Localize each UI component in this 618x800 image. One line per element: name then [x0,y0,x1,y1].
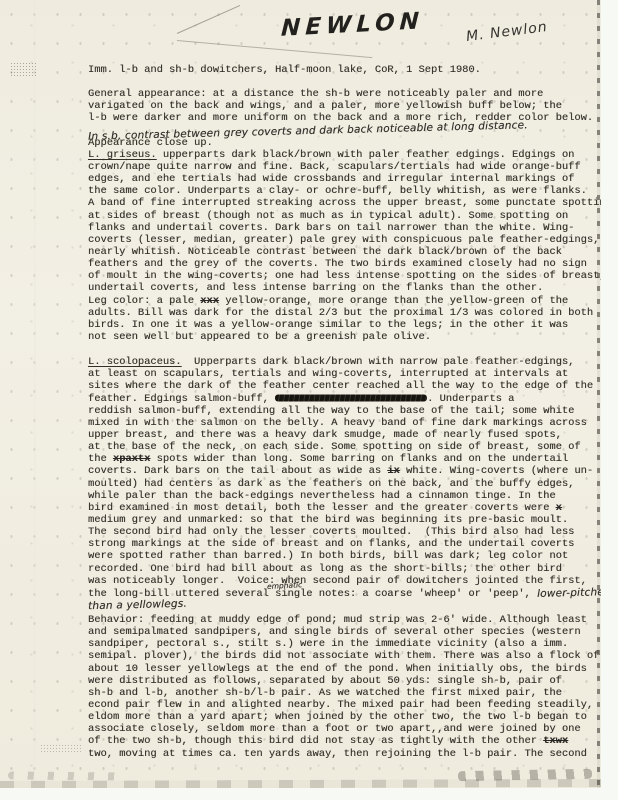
typed-strikeout: xxx [200,295,219,307]
typed-line: the xpaxtx spots wider than long. Some b… [88,453,601,465]
paragraph-behavior: Behavior: feeding at muddy edge of pond;… [88,614,601,760]
typed-line: not seen well but appeared to be a green… [88,331,601,343]
typed-line: while paler than the back-edgings nevert… [88,490,601,502]
typed-line: upper breast, and there was a heavy dark… [88,429,601,441]
handwritten-line: than a yellowlegs. [88,599,601,611]
scan-artifact [10,62,36,78]
typed-line: moulted) had centers as dark as the feat… [88,478,601,490]
typed-line: the long-bill uttered severalemphatic si… [88,587,601,599]
typed-line: undertail coverts, and less intense barr… [88,282,601,294]
paragraph-general-appearance: General appearance: at a distance the sh… [88,88,601,137]
pencil-crease [177,40,372,58]
typed-line: were distributed as follows, separated b… [88,675,601,687]
typed-line: L. griseus. upperparts dark black/brown … [88,149,601,161]
underlined-text: L. griseus. [88,149,157,161]
ink-blot-strikeout [275,394,427,401]
typed-line: at the base of the neck, on each side. S… [88,441,601,453]
handwritten-name-annotation: NEWLON [280,8,424,42]
paper-fold-line [34,0,36,788]
typed-line: eldom more than a yard apart; when joine… [88,711,601,723]
typed-line: strong markings at the side of breast an… [88,538,601,550]
typed-line: recorded. One bird had bill about as lon… [88,563,601,575]
typed-strikeout: x [556,502,562,514]
underlined-text: L. scolopaceus. [88,356,182,368]
typed-line: sites where the dark of the feather cent… [88,380,601,392]
typed-line: A band of fine interrupted streaking acr… [88,197,601,209]
document-title-line: Imm. l-b and sh-b dowitchers, Half-moon … [88,64,601,76]
scan-edge-right [597,0,600,788]
typed-line: semipal. plover), the birds did not asso… [88,650,601,662]
typed-line: about 10 lesser yellowlegs at the end of… [88,663,601,675]
typed-line: at sides of breast (though not as much a… [88,210,601,222]
typed-line: mixed in with the salmon on the belly. A… [88,417,601,429]
handwritten-note: than a yellowlegs. [88,598,187,613]
typed-line: birds. In one it was a yellow-orange sim… [88,319,601,331]
typewritten-text-block: Imm. l-b and sh-b dowitchers, Half-moon … [88,64,601,760]
scan-smudge [8,771,128,780]
pencil-crease [177,5,240,34]
typed-line: L. scolopaceus. Upperparts dark black/br… [88,356,601,368]
typed-line: reddish salmon-buff, extending all the w… [88,405,601,417]
paragraph-l-scolopaceus: L. scolopaceus. Upperparts dark black/br… [88,356,601,611]
handwritten-note: lower-pitched [537,586,601,600]
typed-line: econd pair flew in and alighted nearby. … [88,699,601,711]
typed-line: bird examined in most detail, both the l… [88,502,601,514]
typed-line: the same color. Underparts a clay- or oc… [88,185,601,197]
handwritten-line: In s.b, contrast between grey coverts an… [88,125,601,137]
typed-line: crown/nape quite narrow and fine. Back, … [88,161,601,173]
typed-line: at least on scapulars, tertials and wing… [88,368,601,380]
typed-line: Leg color: a pale xxx yellow-orange, mor… [88,295,601,307]
typed-line: was noticeably longer. Voice: when secon… [88,575,601,587]
handwritten-note: emphatic [267,581,268,593]
typed-line: coverts. Dark bars on the tail about as … [88,465,601,477]
typed-line: feathers and the grey of the coverts. Th… [88,258,601,270]
typed-line: edges, and ehe tertials had wide crossba… [88,173,601,185]
typed-line: and semipalmated sandpipers, and single … [88,626,601,638]
typed-strikeout: txwx [543,735,568,747]
typed-line: nearly whitish. Noticeable contrast betw… [88,246,601,258]
typed-line: of moult in the wing-coverts; one had le… [88,270,601,282]
typed-line: of the two sh-b, though this bird did no… [88,735,601,747]
typed-line: two, moving at times ca. ten yards away,… [88,748,601,760]
typed-line: medium grey and unmarked: so that the bi… [88,514,601,526]
typed-line: sandpiper, pectoral s., stilt s.) were i… [88,638,601,650]
typed-line: flanks and undertail coverts. Dark bars … [88,222,601,234]
typed-line: were spotted rather than barred.) In bot… [88,550,601,562]
scan-edge-bottom [0,779,601,788]
typed-line: The second bird had only the lesser cove… [88,526,601,538]
typed-strikeout: ix [387,465,399,477]
typed-line: sh-b and l-b, another sh-b/l-b pair. As … [88,687,601,699]
typed-line: adults. Bill was dark for the distal 2/3… [88,307,601,319]
scan-artifact [40,744,82,752]
typed-line: varigated on the back and wings, and a p… [88,100,601,112]
typed-line: General appearance: at a distance the sh… [88,88,601,100]
typed-line: coverts (lesser, median, greater) pale g… [88,234,601,246]
typed-strikeout: xpaxtx [113,453,150,465]
typed-line: associate closely, seldom more than a fo… [88,723,601,735]
typed-line: feather. Edgings salmon-buff, . Underpar… [88,393,601,405]
paper-page: NEWLON M. Newlon Imm. l-b and sh-b dowit… [0,0,601,788]
handwritten-signature: M. Newlon [465,19,548,45]
typed-line: Behavior: feeding at muddy edge of pond;… [88,614,601,626]
paragraph-l-griseus: L. griseus. upperparts dark black/brown … [88,149,601,343]
